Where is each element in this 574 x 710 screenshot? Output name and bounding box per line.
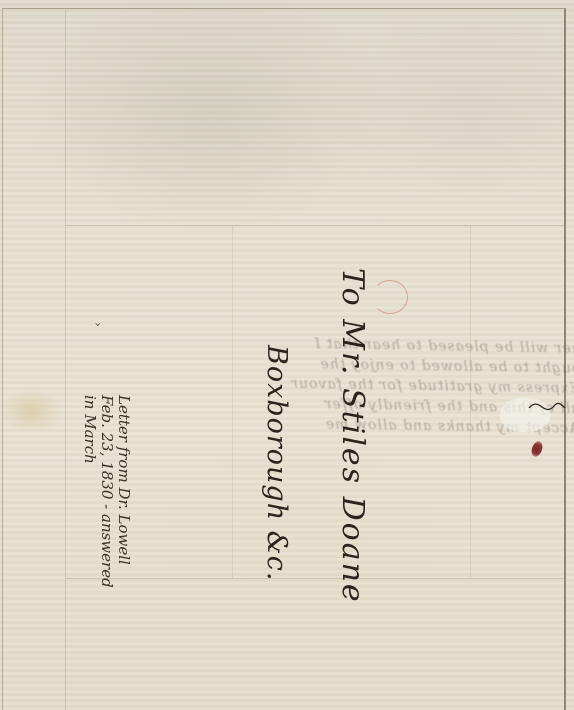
postmark-stamp: [372, 280, 408, 314]
fold-line-bottom: [65, 578, 564, 579]
letter-page: her will be pleased to hear that I ought…: [0, 0, 574, 710]
address-town: Boxborough &c.: [261, 345, 292, 581]
docket-line-sender: Letter from Dr. Lowell: [115, 395, 132, 588]
fold-line-left: [65, 10, 66, 710]
docket-note: Letter from Dr. Lowell Feb. 23, 1830 - a…: [81, 395, 132, 588]
address-recipient: To Mr. Stiles Doane: [335, 268, 370, 604]
fold-line-top: [65, 225, 564, 226]
tick-mark: ›: [92, 322, 105, 326]
wax-seal-remnant: [530, 440, 545, 458]
docket-line-date: Feb. 23, 1830 - answered: [98, 395, 115, 588]
paper-stain: [0, 388, 62, 434]
docket-line-answer: in March: [81, 395, 98, 588]
seal-squiggle-icon: [528, 402, 566, 412]
